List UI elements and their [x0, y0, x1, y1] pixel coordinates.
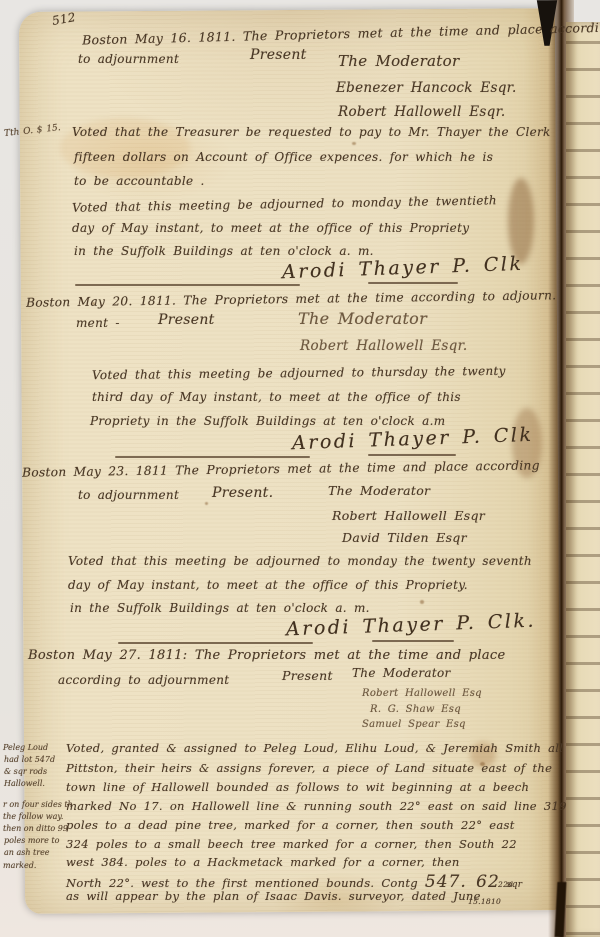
entry4-margin-line: poles more to — [4, 836, 59, 845]
entry4-heading-cont: according to adjournment — [58, 673, 229, 687]
entry4-body-line: west 384. poles to a Hackmetack marked f… — [66, 855, 460, 869]
entry1-heading-cont: to adjournment — [78, 52, 179, 66]
entry1-body-line: in the Suffolk Buildings at ten o'clock … — [74, 244, 374, 258]
entry2-body-line: Propriety in the Suffolk Buildings at te… — [90, 414, 445, 428]
entry4-attendee: Samuel Spear Esq — [362, 719, 466, 730]
entry4-plan-date-bottom: 15.1810 — [468, 897, 501, 906]
entry4-margin-line: Hallowell. — [4, 779, 45, 788]
entry4-attendee: Robert Hallowell Esq — [362, 688, 482, 699]
entry3-body-line: day of May instant, to meet at the offic… — [68, 578, 468, 592]
entry1-body-line: Voted that the Treasurer be requested to… — [72, 125, 551, 139]
entry3-body-line: in the Suffolk Buildings at ten o'clock … — [70, 601, 370, 615]
entry4-contg-prefix: North 22°. west to the first mentioned b… — [66, 876, 418, 890]
entry4-body-line: 324 poles to a small beech tree marked f… — [66, 837, 517, 851]
entry1-attendee: Robert Hallowell Esqr. — [338, 104, 505, 120]
paper-stain — [508, 178, 534, 264]
entry4-body-line: marked No 17. on Hallowell line & runnin… — [66, 799, 567, 813]
facing-page-edge — [566, 22, 600, 937]
entry4-margin-line: Peleg Loud — [3, 743, 48, 752]
foxing-dot — [420, 600, 424, 604]
entry2-attendee: The Moderator — [298, 309, 427, 328]
entry2-heading-cont: ment - — [76, 316, 120, 330]
entry4-plan-line: as will appear by the plan of Isaac Davi… — [66, 889, 481, 903]
entry2-body-line: third day of May instant, to meet at the… — [92, 390, 461, 404]
entry4-margin-line: the follow way. — [3, 812, 63, 821]
entry3-attendee: The Moderator — [328, 483, 430, 498]
entry4-plan-date-top: 22d — [498, 880, 513, 889]
section-divider — [372, 640, 454, 642]
entry1-attendee: The Moderator — [338, 52, 459, 70]
section-divider — [115, 456, 310, 458]
entry1-body-line: to be accountable . — [74, 174, 205, 188]
entry3-body-line: Voted that this meeting be adjourned to … — [68, 554, 532, 568]
entry3-present-label: Present. — [212, 485, 273, 501]
entry4-margin-line: had lot 547d — [4, 755, 55, 764]
entry2-present-label: Present — [158, 312, 215, 328]
manuscript-scan: 512 Boston May 16. 1811. The Proprietors… — [0, 0, 600, 937]
entry4-margin-line: & sqr rods — [4, 767, 47, 776]
entry4-body-line: town line of Hallowell bounded as follow… — [66, 780, 529, 794]
entry1-body-line: fifteen dollars on Account of Office exp… — [74, 150, 493, 164]
section-divider — [75, 284, 300, 286]
entry4-margin-line: then on ditto 99 — [3, 824, 68, 833]
entry3-heading-cont: to adjournment — [78, 488, 179, 502]
entry4-attendee: The Moderator — [352, 666, 451, 680]
section-divider — [368, 282, 458, 284]
entry4-margin-line: an ash tree — [4, 848, 50, 857]
entry4-date-heading: Boston May 27. 1811: The Proprietors met… — [28, 648, 505, 663]
entry4-margin-line: r on four sides th — [3, 800, 73, 809]
entry4-body-line: poles to a dead pine tree, marked for a … — [66, 818, 515, 832]
entry2-attendee: Robert Hallowell Esqr. — [300, 338, 467, 354]
section-divider — [118, 642, 313, 644]
entry4-present-label: Present — [282, 668, 333, 683]
entry4-attendee: R. G. Shaw Esq — [370, 704, 461, 715]
entry1-present-label: Present — [250, 47, 307, 63]
foxing-dot — [352, 142, 356, 145]
entry3-attendee: David Tilden Esqr — [342, 530, 467, 545]
entry1-body-line: day of May instant, to meet at the offic… — [72, 221, 469, 235]
section-divider — [368, 454, 456, 456]
foxing-dot — [205, 502, 208, 505]
entry4-body-line: Voted, granted & assigned to Peleg Loud,… — [66, 741, 563, 755]
entry4-margin-line: marked. — [3, 861, 36, 870]
entry4-body-line: Pittston, their heirs & assigns forever,… — [66, 761, 552, 775]
entry3-attendee: Robert Hallowell Esqr — [332, 508, 485, 523]
entry1-attendee: Ebenezer Hancock Esqr. — [336, 80, 517, 96]
